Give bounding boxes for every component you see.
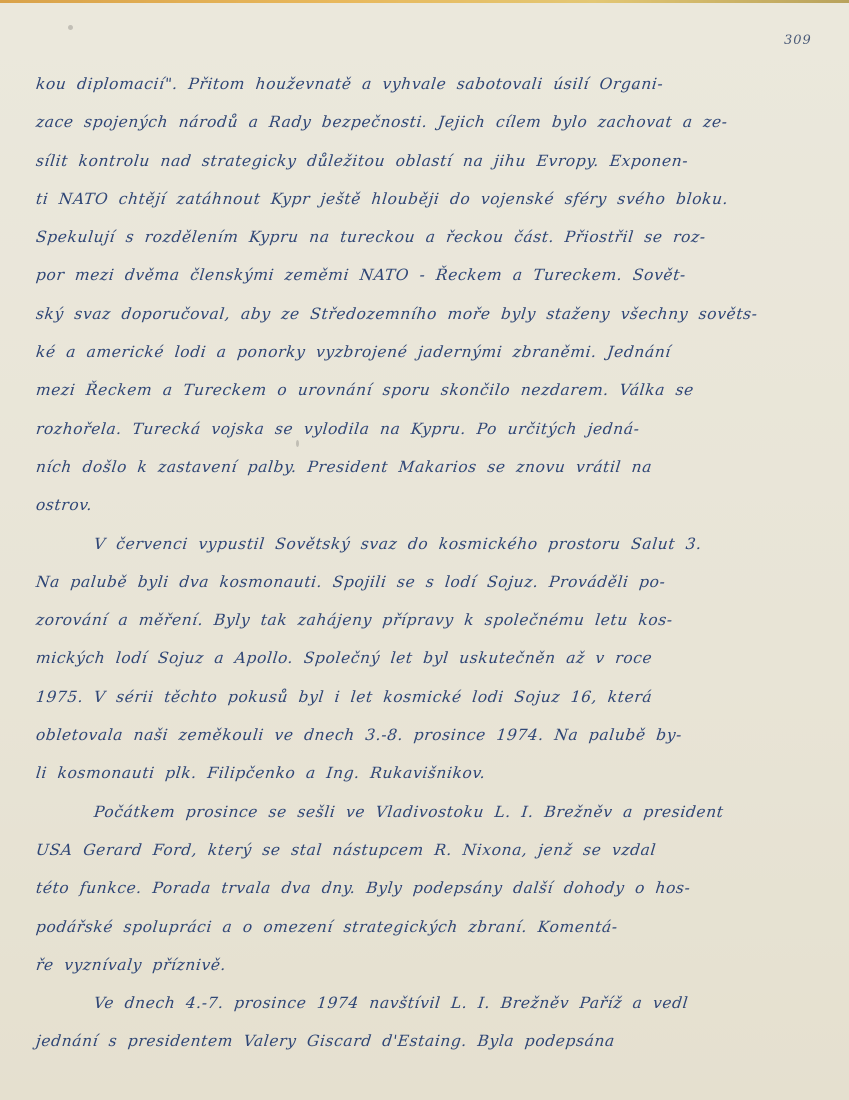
text-line: USA Gerard Ford, který se stal nástupcem… (34, 831, 808, 869)
handwritten-text-body: kou diplomacií". Přitom houževnatě a vyh… (36, 65, 806, 1061)
text-line: ké a americké lodi a ponorky vyzbrojené … (34, 333, 808, 371)
text-line: obletovala naši zeměkouli ve dnech 3.-8.… (34, 716, 808, 754)
text-line: ře vyznívaly příznivě. (34, 946, 808, 984)
text-line: Spekulují s rozdělením Kypru na tureckou… (34, 218, 808, 256)
text-line: ních došlo k zastavení palby. President … (34, 448, 808, 486)
text-line: jednání s presidentem Valery Giscard d'E… (34, 1022, 808, 1060)
handwritten-page: 309 kou diplomacií". Přitom houževnatě a… (0, 3, 849, 1100)
text-line: 1975. V sérii těchto pokusů byl i let ko… (34, 678, 808, 716)
text-line: zorování a měření. Byly tak zahájeny pří… (34, 601, 808, 639)
text-line: kou diplomacií". Přitom houževnatě a vyh… (34, 65, 808, 103)
text-line: mických lodí Sojuz a Apollo. Společný le… (34, 639, 808, 677)
page-number: 309 (784, 33, 812, 48)
text-line: Na palubě byli dva kosmonauti. Spojili s… (34, 563, 808, 601)
text-line: ostrov. (34, 486, 808, 524)
text-line: ský svaz doporučoval, aby ze Středozemní… (34, 295, 808, 333)
text-line: sílit kontrolu nad strategicky důležitou… (34, 142, 808, 180)
text-line: podářské spolupráci a o omezení strategi… (34, 908, 808, 946)
text-line: Počátkem prosince se sešli ve Vladivosto… (34, 793, 808, 831)
text-line: rozhořela. Turecká vojska se vylodila na… (34, 410, 808, 448)
text-line: por mezi dvěma členskými zeměmi NATO - Ř… (34, 256, 808, 294)
text-line: V červenci vypustil Sovětský svaz do kos… (34, 525, 808, 563)
text-line: ti NATO chtějí zatáhnout Kypr ještě hlou… (34, 180, 808, 218)
text-line: mezi Řeckem a Tureckem o urovnání sporu … (34, 371, 808, 409)
text-line: této funkce. Porada trvala dva dny. Byly… (34, 869, 808, 907)
paper-speck (68, 25, 73, 30)
text-line: Ve dnech 4.-7. prosince 1974 navštívil L… (34, 984, 808, 1022)
text-line: li kosmonauti plk. Filipčenko a Ing. Ruk… (34, 754, 808, 792)
text-line: zace spojených národů a Rady bezpečnosti… (34, 103, 808, 141)
